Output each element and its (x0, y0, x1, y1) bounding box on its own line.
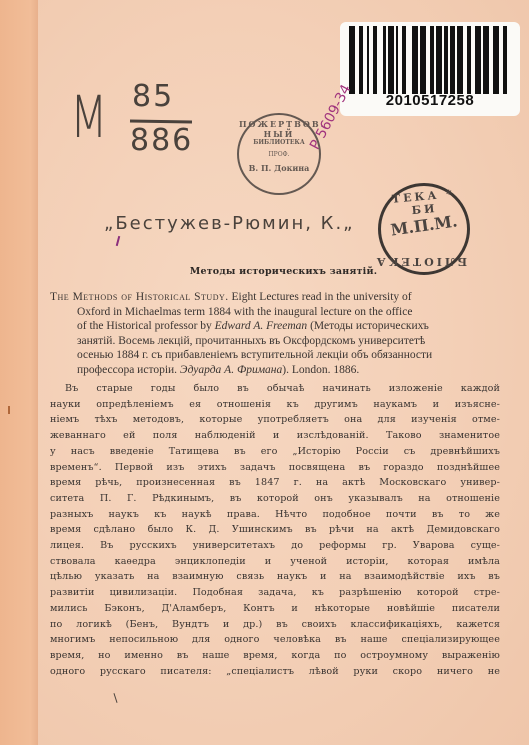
barcode-number: 2010517258 (340, 92, 520, 109)
library-ownership-stamp: ПОЖЕРТВОВ. НЫЙ БИБЛИОТЕКА ПРОФ. В. П. До… (237, 113, 321, 195)
text-line: лицея. Въ русскихъ университетахъ до реф… (50, 538, 500, 554)
text-line: цѣлью указать на взаимную связь наукъ и … (50, 569, 500, 585)
text-line: ситета П. Г. Рѣдкинымъ, въ которой онъ у… (50, 491, 500, 507)
handwritten-author-name: „Бестужев-Рюмин, К.„ (104, 213, 355, 234)
barcode-label: 2010517258 (340, 22, 520, 116)
mpm-library-stamp: ТЕКА * БИ М.П.М. БЛІОТЕКА (378, 183, 470, 275)
bib-line: профессора исторіи. Эдуарда А. Фримана).… (50, 363, 508, 378)
text-line: ніемъ тѣхъ методовъ, которые употребляет… (50, 412, 500, 428)
barcode-icon (349, 26, 511, 94)
bibliographic-entry: The Methods of Historical Study. Eight L… (50, 290, 508, 377)
text-line: время рѣчь, произнесенная въ 1847 г. на … (50, 475, 500, 491)
text-line: ствовала каѳедра энциклопедіи и ученой и… (50, 554, 500, 570)
text-line: по логикѣ (Бенъ, Вундтъ и др.) въ своихъ… (50, 617, 500, 633)
text-line: время, но именно въ наше время, когда по… (50, 648, 500, 664)
bib-line: of the Historical professor by Edward A.… (50, 319, 508, 334)
text-line: одного русскаго писателя: „спеціалистъ л… (50, 664, 500, 680)
book-spine-margin (0, 0, 38, 745)
shelfmark-denominator: 886 (130, 126, 193, 156)
text-line: жеваннаго ей поля наблюденій и изслѣдова… (50, 428, 500, 444)
handwritten-shelfmark: М 85 886 (70, 82, 200, 172)
bib-line: The Methods of Historical Study. Eight L… (50, 290, 508, 305)
bib-line: осенью 1884 г. съ прибавленіемъ вступите… (50, 348, 508, 363)
stamp-line-2: ПРОФ. (239, 151, 319, 158)
body-paragraph: Въ старые годы было въ обычаѣ начинать и… (50, 381, 500, 679)
text-line: мились Бэконъ, Д'Аламберъ, Контъ и нѣкот… (50, 601, 500, 617)
bib-book-title: The Methods of Historical Study. (50, 291, 229, 303)
bib-author-russian: Эдуарда А. Фримана (180, 364, 282, 376)
text-line: развитіи цивилизаціи. Подобная задача, к… (50, 585, 500, 601)
stamp-line-3: В. П. Докина (239, 163, 319, 173)
article-title: Методы историческихъ занятій. (0, 266, 529, 277)
text-line: разныхъ наукъ къ наукѣ права. Нѣчто подо… (50, 507, 500, 523)
text-line: временъ“. Первой изъ этихъ задачъ посвящ… (50, 460, 500, 476)
stamp-ring-text: ПОЖЕРТВОВ. НЫЙ (239, 119, 319, 139)
spine-mark (8, 406, 10, 414)
text-line: науки опредѣленіемъ ея отношенія къ друг… (50, 397, 500, 413)
text-line: Въ старые годы было въ обычаѣ начинать и… (50, 381, 500, 397)
bib-author: Edward A. Freeman (215, 320, 308, 332)
bib-line: занятій. Восемь лекцій, прочитанныхъ въ … (50, 334, 508, 349)
bib-line: Oxford in Michaelmas term 1884 with the … (50, 305, 508, 320)
shelfmark-numerator: 85 (132, 82, 174, 112)
shelfmark-letter: М (70, 88, 108, 146)
text-line: многимъ непосильною для одного человѣка … (50, 632, 500, 648)
text-line: у насъ введеніе Татищева въ его „Исторію… (50, 444, 500, 460)
text-line: время сдѣлано было К. Д. Ушинскимъ въ рѣ… (50, 522, 500, 538)
